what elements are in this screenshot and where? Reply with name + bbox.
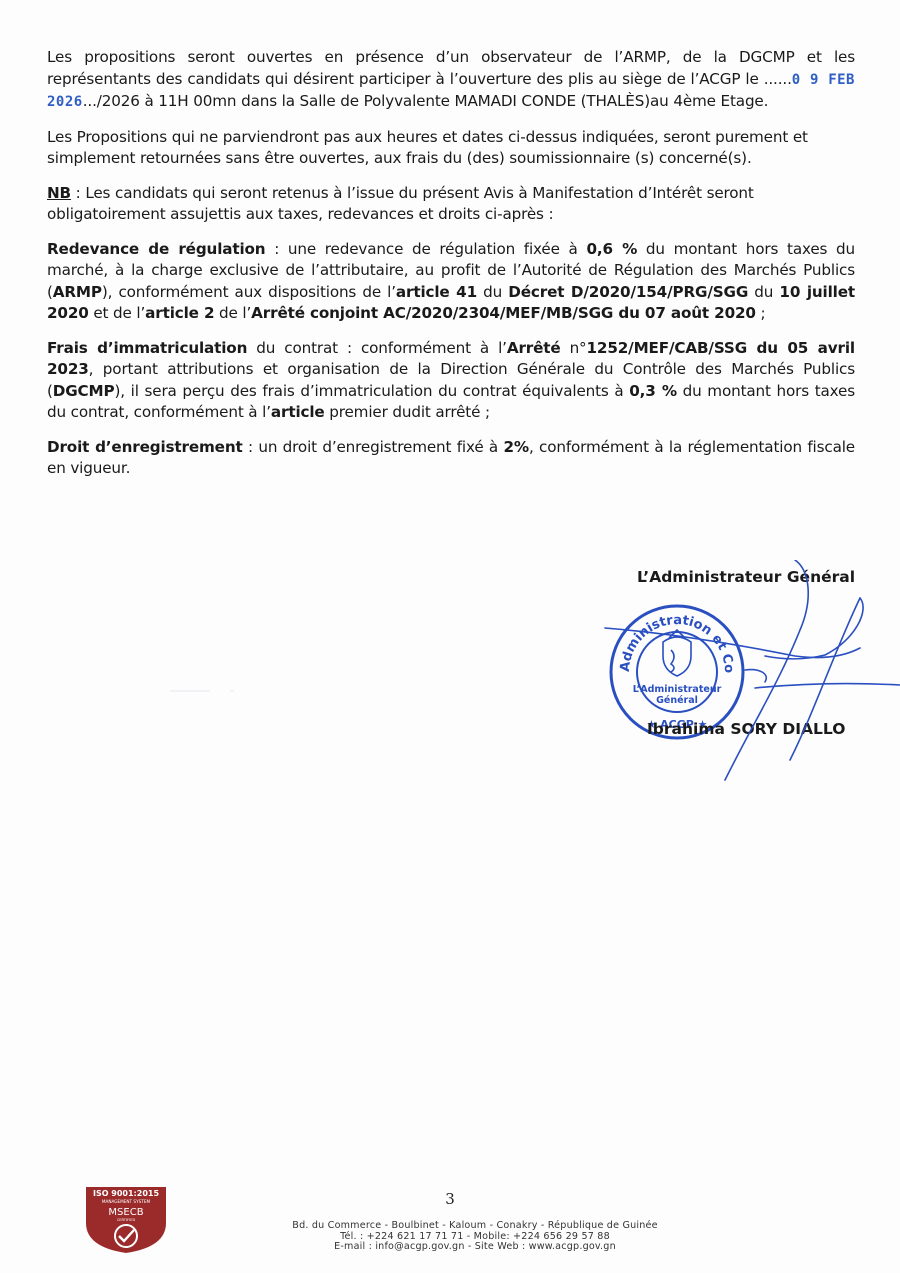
text: du — [748, 283, 779, 301]
text: ; — [756, 304, 766, 322]
armp: ARMP — [53, 283, 102, 301]
page-number: 3 — [440, 1190, 460, 1208]
redevance-rate: 0,6 % — [586, 240, 637, 258]
iso-certification-badge-icon: ISO 9001:2015 MANAGEMENT SYSTEM MSECB CE… — [82, 1183, 170, 1255]
paragraph-frais: Frais d’immatriculation du contrat : con… — [47, 338, 855, 424]
article-41: article 41 — [396, 283, 477, 301]
text: ), conformément aux dispositions de l’ — [102, 283, 396, 301]
text: du — [477, 283, 508, 301]
paragraph-redevance: Redevance de régulation : une redevance … — [47, 239, 855, 325]
text: : une redevance de régulation fixée à — [265, 240, 586, 258]
text: : un droit d’enregistrement fixé à — [243, 438, 504, 456]
signatory-title: L’Administrateur Général — [637, 568, 855, 586]
footer-address: Bd. du Commerce - Boulbinet - Kaloum - C… — [240, 1221, 710, 1232]
official-seal-icon: Administration et Contrôle des Grands Pr… — [607, 600, 747, 740]
droit-title: Droit d’enregistrement — [47, 438, 243, 456]
opening-text-2: .../2026 à 11H 00mn dans la Salle de Pol… — [83, 92, 769, 110]
svg-text:Général: Général — [656, 695, 698, 706]
arrete: Arrêté — [507, 339, 561, 357]
svg-text:MANAGEMENT SYSTEM: MANAGEMENT SYSTEM — [102, 1199, 151, 1204]
decret-ref: Décret D/2020/154/PRG/SGG — [508, 283, 748, 301]
page-footer: Bd. du Commerce - Boulbinet - Kaloum - C… — [240, 1221, 710, 1253]
svg-text:CERTIFIED: CERTIFIED — [117, 1218, 136, 1222]
footer-web: E-mail : info@acgp.gov.gn - Site Web : w… — [240, 1242, 710, 1253]
text: premier dudit arrêté ; — [325, 403, 490, 421]
nb-text: : Les candidats qui seront retenus à l’i… — [47, 184, 754, 224]
text: n° — [561, 339, 587, 357]
paragraph-late-submissions: Les Propositions qui ne parviendront pas… — [47, 127, 855, 170]
paragraph-droit: Droit d’enregistrement : un droit d’enre… — [47, 437, 855, 480]
svg-text:ISO 9001:2015: ISO 9001:2015 — [93, 1189, 159, 1198]
paragraph-nb: NB : Les candidats qui seront retenus à … — [47, 183, 855, 226]
signatory-name: Ibrahima SORY DIALLO — [647, 720, 845, 738]
document-page: Les propositions seront ouvertes en prés… — [0, 0, 900, 1273]
opening-text-1: Les propositions seront ouvertes en prés… — [47, 48, 855, 88]
frais-title: Frais d’immatriculation — [47, 339, 247, 357]
svg-text:MSECB: MSECB — [108, 1207, 143, 1218]
article-2: article 2 — [145, 304, 214, 322]
nb-label: NB — [47, 184, 71, 202]
signature-block: L’Administrateur Général Administration … — [595, 560, 900, 785]
text: ), il sera perçu des frais d’immatricula… — [115, 382, 630, 400]
article: article — [271, 403, 325, 421]
droit-rate: 2% — [503, 438, 529, 456]
frais-rate: 0,3 % — [629, 382, 677, 400]
arrete-conjoint-ref: Arrêté conjoint AC/2020/2304/MEF/MB/SGG … — [251, 304, 756, 322]
text: du contrat : conformément à l’ — [247, 339, 507, 357]
paragraph-opening: Les propositions seront ouvertes en prés… — [47, 47, 855, 114]
text: de l’ — [214, 304, 251, 322]
document-body: Les propositions seront ouvertes en prés… — [47, 47, 855, 493]
text: et de l’ — [89, 304, 145, 322]
svg-text:L’Administrateur: L’Administrateur — [633, 684, 722, 695]
redevance-title: Redevance de régulation — [47, 240, 265, 258]
faint-scan-mark — [170, 690, 350, 693]
dgcmp: DGCMP — [53, 382, 115, 400]
